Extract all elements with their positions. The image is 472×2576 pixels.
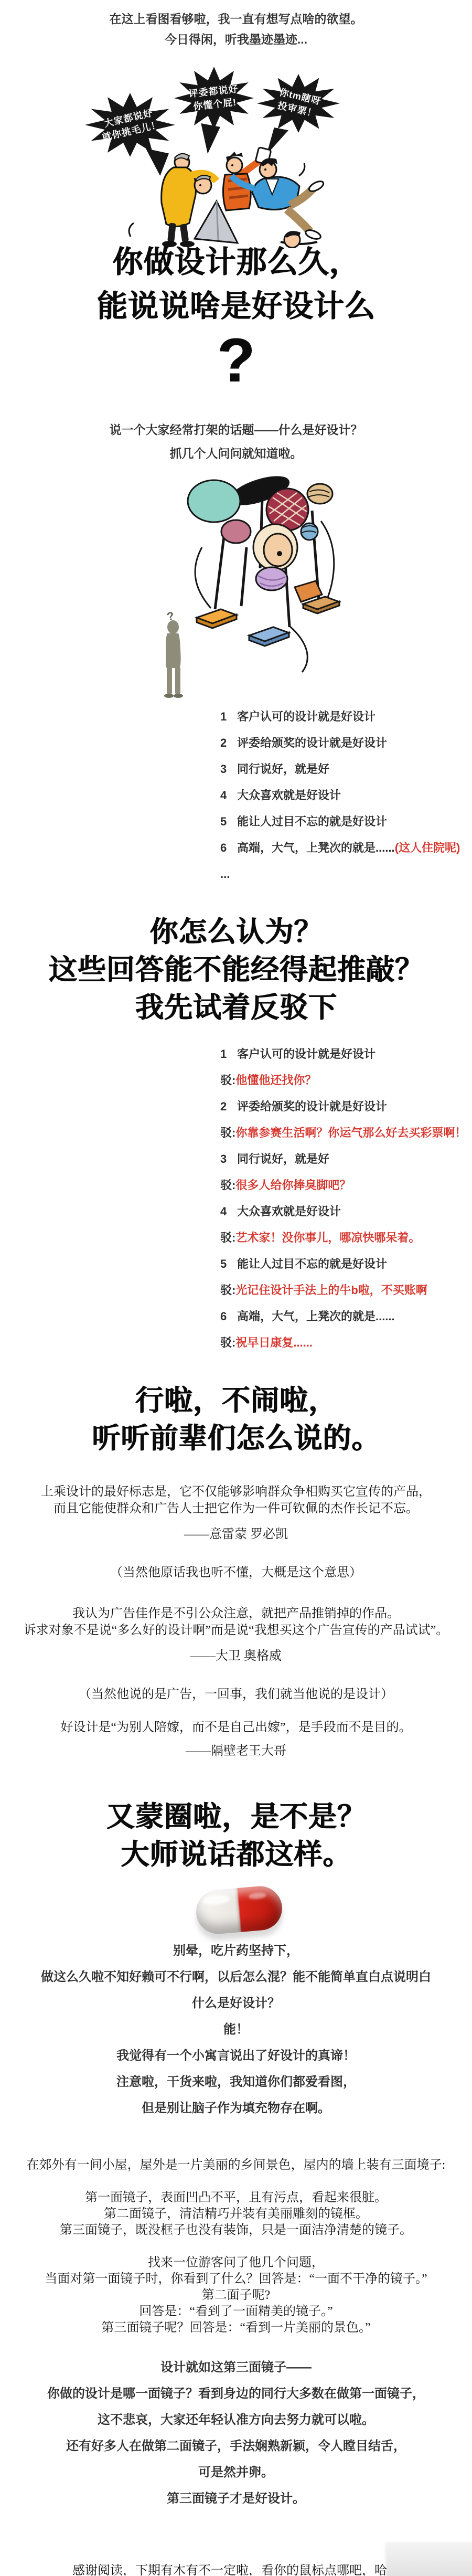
story-line: 找来一位游客问了他几个问题， bbox=[0, 2256, 472, 2268]
answer-item: 4大众喜欢就是好设计 bbox=[220, 790, 460, 801]
quote-rubicam: 上乘设计的最好标志是，它不仅能够影响群众争相购买它宣传的产品， 而且它能使群众和… bbox=[0, 1483, 472, 1580]
pill-gloss bbox=[248, 1892, 266, 1900]
pill-paragraph: 别晕，吃片药坚持下， 做这么久啦不知好赖可不行啊，以后怎么混？能不能简单直白点说… bbox=[0, 1945, 472, 2128]
answers-ellipsis: ... bbox=[220, 868, 460, 880]
conclusion-line: 你做的设计是哪一面镜子？看到身边的同行大多数在做第一面镜子， bbox=[0, 2388, 472, 2400]
story-line: 当面对第一面镜子时，你看到了什么？回答是：“一面不干净的镜子。” bbox=[0, 2272, 472, 2285]
quote-laowang: 好设计是“为别人陪嫁，而不是自己出嫁”，是手段而不是目的。 ——隔壁老王大哥 bbox=[0, 1719, 472, 1758]
story-line: 第一面镜子，表面凹凸不平，且有污点，看起来很脏。 bbox=[0, 2191, 472, 2203]
conclusion-line: 这不悲哀，大家还年轻认准方向去努力就可以啦。 bbox=[0, 2414, 472, 2426]
quote-note: （当然他说的是广告，一回事，我们就当他说的是设计） bbox=[0, 1683, 472, 1702]
answer-item: 6高端，大气，上凳次的就是......(这人住院呢) bbox=[220, 842, 460, 854]
main-title-line1: 你做设计那么久， bbox=[0, 240, 472, 284]
conclusion-line: 还有好多人在做第二面镜子，手法娴熟新颖，令人瞠目结舌， bbox=[0, 2440, 472, 2453]
mirror-story: 在郊外有一间小屋，屋外是一片美丽的乡间景色，屋内的墙上装有三面境子: 第一面镜子… bbox=[0, 2158, 472, 2334]
rebuttal-item: 2评委给颁奖的设计就是好设计 bbox=[220, 1101, 466, 1112]
quote-line: 诉求对象不是说“多么好的设计啊”而是说“我想买这个广告宣传的产品试试”。 bbox=[0, 1622, 472, 1639]
story-line: 回答是：“看到了一面精美的镜子。” bbox=[0, 2305, 472, 2317]
answer-item: 1客户认可的设计就是好设计 bbox=[220, 711, 460, 723]
para-line: 能！ bbox=[0, 2023, 472, 2036]
quote-line: 而且它能使群众和广告人士把它作为一件可钦佩的杰作长记不忘。 bbox=[0, 1500, 472, 1517]
capsule-pill-image bbox=[195, 1884, 284, 1936]
intro-line-2: 今日得闲，听我墨迹墨迹... bbox=[0, 30, 472, 47]
heading-confused-line1: 又蒙圈啦，是不是？ bbox=[0, 1798, 472, 1836]
big-question-mark: ? bbox=[0, 330, 472, 391]
heading-confused: 又蒙圈啦，是不是？ 大师说话都这样。 bbox=[0, 1798, 472, 1873]
rebuttal-item: 5能让人过目不忘的就是好设计 bbox=[220, 1258, 466, 1270]
rebuttal-list: 1客户认可的设计就是好设计 驳:他懂他还找你？ 2评委给颁奖的设计就是好设计 驳… bbox=[220, 1048, 466, 1363]
speech-bubble-middle: 评委都说好 你懂个屁! bbox=[174, 67, 254, 130]
quote-note: （当然他原话我也听不懂，大概是这个意思） bbox=[0, 1562, 472, 1580]
thinking-person: ? bbox=[164, 609, 183, 698]
quote-line: 好设计是“为别人陪嫁，而不是自己出嫁”，是手段而不是目的。 bbox=[0, 1719, 472, 1736]
answer-item: 5能让人过目不忘的就是好设计 bbox=[220, 816, 460, 828]
rebuttal-item: 4大众喜欢就是好设计 bbox=[220, 1206, 466, 1217]
quote-line: 我认为广告佳作是不引公众注意，就把产品推销掉的作品。 bbox=[0, 1605, 472, 1622]
rebuttal-reply: 驳:很多人给你捧臭脚吧？ bbox=[220, 1180, 466, 1191]
quote-author: ——隔壁老王大哥 bbox=[0, 1740, 472, 1758]
story-line: 第三面镜子，既没框子也没有装饰，只是一面洁净清楚的镜子。 bbox=[0, 2223, 472, 2236]
main-title: 你做设计那么久， 能说说啥是好设计么 bbox=[0, 240, 472, 328]
rebuttal-item: 1客户认可的设计就是好设计 bbox=[220, 1048, 466, 1060]
lead-line-1: 说一个大家经常打架的话题——什么是好设计？ bbox=[0, 420, 472, 438]
rebuttal-reply: 驳:光记住设计手法上的牛b啦，不买账啊 bbox=[220, 1285, 466, 1296]
story-line: 第二面子呢? bbox=[0, 2288, 472, 2301]
quote-ogilvy: 我认为广告佳作是不引公众注意，就把产品推销掉的作品。 诉求对象不是说“多么好的设… bbox=[0, 1605, 472, 1702]
article-page: 在这上看图看够啦，我一直有想写点啥的欲望。 今日得闲，听我墨迹墨迹... 大家都… bbox=[0, 0, 472, 2576]
para-line: 我觉得有一个小寓言说出了好设计的真谛！ bbox=[0, 2050, 472, 2062]
speech-bubble-right: 你tm瞎呀 投审票！ bbox=[257, 74, 340, 133]
floating-widget-overlay[interactable] bbox=[387, 2542, 472, 2576]
para-line: 但是别让脑子作为填充物存在啊。 bbox=[0, 2102, 472, 2115]
conclusion-line: 设计就如这第三面镜子—— bbox=[0, 2361, 472, 2374]
sign-bases bbox=[197, 597, 339, 646]
quote-line: 上乘设计的最好标志是，它不仅能够影响群众争相购买它宣传的产品， bbox=[0, 1483, 472, 1500]
heading-challenge: 你怎么认为？ 这些回答能不能经得起推敲？ 我先试着反驳下 bbox=[0, 913, 472, 1026]
opinion-signs-illustration: ? bbox=[152, 469, 344, 705]
conclusion-line: 第三面镜子才是好设计。 bbox=[0, 2493, 472, 2505]
rebuttal-reply: 驳:他懂他还找你？ bbox=[220, 1075, 466, 1086]
answers-list: 1客户认可的设计就是好设计 2评委给颁奖的设计就是好设计 3同行说好，就是好 4… bbox=[220, 711, 460, 895]
rebuttal-reply: 驳:你靠参赛生活啊？你运气那么好去买彩票啊！ bbox=[220, 1127, 466, 1139]
pill-gloss bbox=[202, 1894, 230, 1906]
heading-challenge-line3: 我先试着反驳下 bbox=[0, 989, 472, 1026]
rebuttal-reply: 驳:艺术家！没你事儿，哪凉快哪呆着。 bbox=[220, 1232, 466, 1244]
lead-line-2: 抓几个人问问就知道啦。 bbox=[0, 444, 472, 461]
gray-haired-man bbox=[195, 175, 211, 194]
opinion-balloons bbox=[188, 471, 332, 602]
answer-red-aside: (这人住院呢) bbox=[395, 841, 460, 854]
rebuttal-item: 3同行说好，就是好 bbox=[220, 1153, 466, 1165]
intro-line-1: 在这上看图看够啦，我一直有想写点啥的欲望。 bbox=[0, 9, 472, 27]
para-line: 什么是好设计？ bbox=[0, 1997, 472, 2010]
conclusion-line: 可是然并卵。 bbox=[0, 2466, 472, 2479]
para-line: 注意啦，干货来啦，我知道你们都爱看图， bbox=[0, 2076, 472, 2089]
quote-author: ——大卫 奥格威 bbox=[0, 1645, 472, 1663]
story-line: 第二面镜子，清洁精巧并装有美丽雕刻的镜框。 bbox=[0, 2207, 472, 2220]
heading-elders: 行啦，不闹啦， 听听前辈们怎么说的。 bbox=[0, 1382, 472, 1457]
para-line: 别晕，吃片药坚持下， bbox=[0, 1945, 472, 1957]
heading-confused-line2: 大师说话都这样。 bbox=[0, 1836, 472, 1873]
answer-item: 2评委给颁奖的设计就是好设计 bbox=[220, 737, 460, 749]
story-line: 第三面镜子呢？回答是：“看到一片美丽的景色。” bbox=[0, 2321, 472, 2334]
fighting-people-illustration bbox=[123, 144, 344, 248]
conclusion: 设计就如这第三面镜子—— 你做的设计是哪一面镜子？看到身边的同行大多数在做第一面… bbox=[0, 2361, 472, 2519]
story-line: 在郊外有一间小屋，屋外是一片美丽的乡间景色，屋内的墙上装有三面境子: bbox=[0, 2158, 472, 2171]
rebuttal-item: 6高端，大气，上凳次的就是...... bbox=[220, 1311, 466, 1322]
rebuttal-reply: 驳:祝早日康复...... bbox=[220, 1337, 466, 1349]
heading-elders-line1: 行啦，不闹啦， bbox=[0, 1382, 472, 1419]
answer-item: 3同行说好，就是好 bbox=[220, 764, 460, 775]
para-line: 做这么久啦不知好赖可不行啊，以后怎么混？能不能简单直白点说明白 bbox=[0, 1971, 472, 1984]
quote-author: ——意雷蒙 罗必凯 bbox=[0, 1523, 472, 1542]
main-title-line2: 能说说啥是好设计么 bbox=[0, 284, 472, 328]
heading-challenge-line2: 这些回答能不能经得起推敲？ bbox=[0, 951, 472, 989]
fighting-cartoon: 大家都说好 就你挑毛儿！ 评委都说好 你懂个屁! 你tm瞎呀 投审票！ bbox=[84, 66, 344, 248]
heading-challenge-line1: 你怎么认为？ bbox=[0, 913, 472, 951]
heading-elders-line2: 听听前辈们怎么说的。 bbox=[0, 1419, 472, 1457]
